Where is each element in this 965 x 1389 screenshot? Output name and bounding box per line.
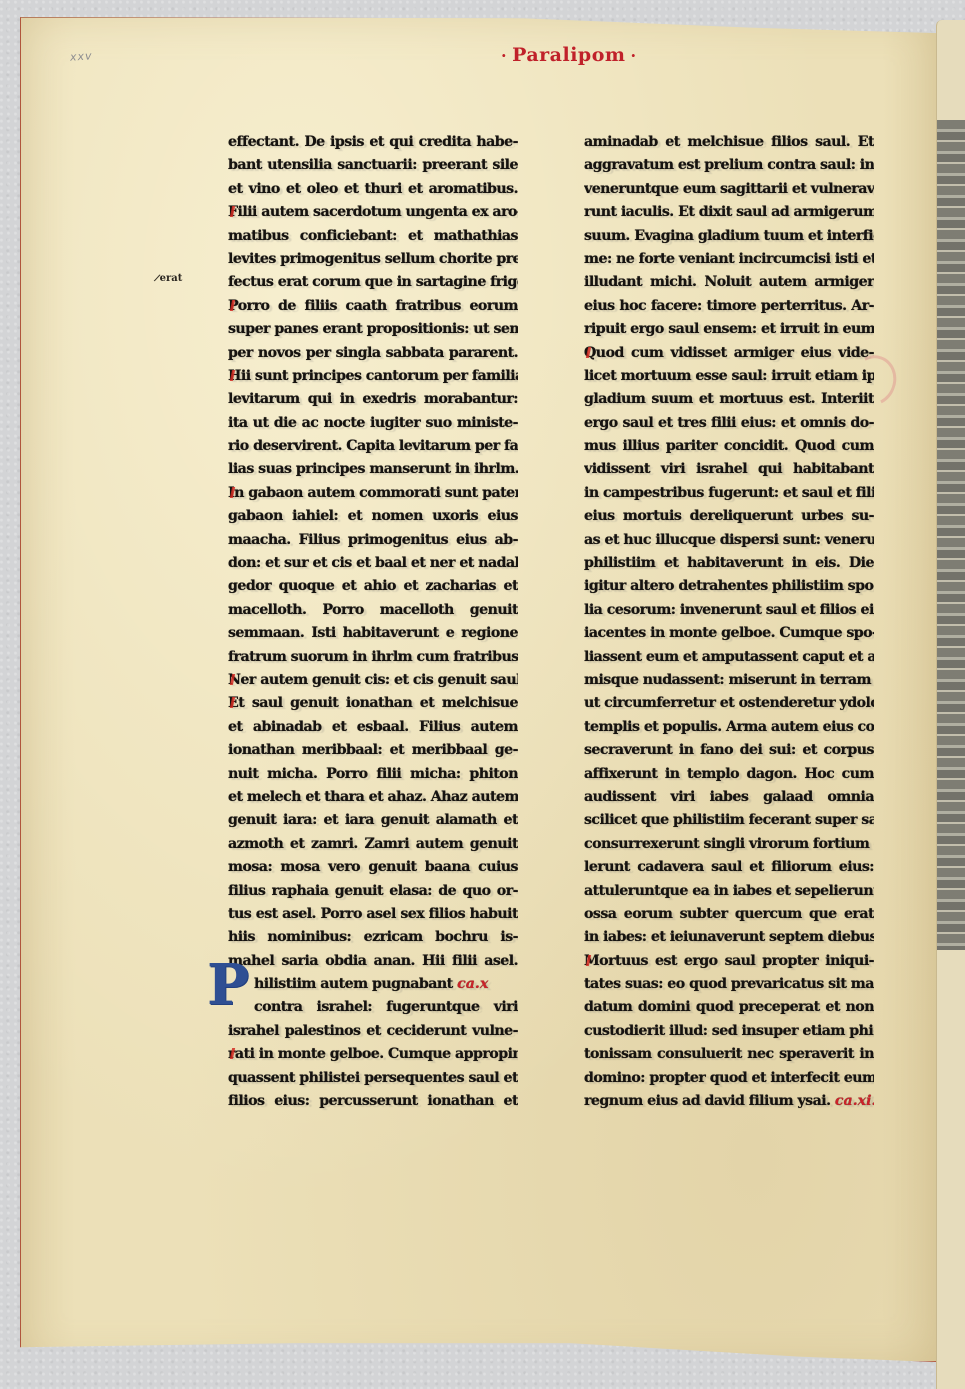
text-line: affixerunt in templo dagon. Hoc cum bbox=[584, 763, 874, 786]
running-head-dot-right: · bbox=[631, 46, 637, 65]
text-line-rubricated: Hii sunt principes cantorum per familias bbox=[228, 365, 518, 388]
text-line: et melech et thara et ahaz. Ahaz autem bbox=[228, 786, 518, 809]
text-line: in iabes: et ieiunaverunt septem diebus. bbox=[584, 926, 874, 949]
text-line: filius raphaia genuit elasa: de quo or- bbox=[228, 880, 518, 903]
last-line-text: regnum eius ad david filium ysai. bbox=[584, 1093, 830, 1109]
running-head-title: Paralipom bbox=[512, 44, 625, 66]
text-line: matibus conficiebant: et mathathias bbox=[228, 225, 518, 248]
text-line: lias suas principes manserunt in ihrlm. bbox=[228, 458, 518, 481]
text-line: illudant michi. Noluit autem armiger bbox=[584, 271, 874, 294]
text-line: mus illius pariter concidit. Quod cum bbox=[584, 435, 874, 458]
text-line: ossa eorum subter quercum que erat bbox=[584, 903, 874, 926]
text-line: tates suas: eo quod prevaricatus sit man… bbox=[584, 973, 874, 996]
adjacent-leaf-edge bbox=[936, 20, 965, 1389]
text-line: as et huc illucque dispersi sunt: veneru… bbox=[584, 529, 874, 552]
text-line: gabaon iahiel: et nomen uxoris eius bbox=[228, 505, 518, 528]
text-line: suum. Evagina gladium tuum et interfice bbox=[584, 225, 874, 248]
text-line: custodierit illud: sed insuper etiam phi… bbox=[584, 1020, 874, 1043]
text-line-rubricated: rati in monte gelboe. Cumque appropin- bbox=[228, 1043, 518, 1066]
text-line: licet mortuum esse saul: irruit etiam ip… bbox=[584, 365, 874, 388]
text-line: quassent philistei persequentes saul et bbox=[228, 1067, 518, 1090]
text-line: datum domini quod preceperat et non bbox=[584, 996, 874, 1019]
text-line: filios eius: percusserunt ionathan et bbox=[228, 1090, 518, 1113]
text-line: veneruntque eum sagittarii et vulnerave- bbox=[584, 178, 874, 201]
text-line: genuit iara: et iara genuit alamath et bbox=[228, 809, 518, 832]
text-line: eius hoc facere: timore perterritus. Ar- bbox=[584, 295, 874, 318]
text-line: tus est asel. Porro asel sex filios habu… bbox=[228, 903, 518, 926]
text-line: audissent viri iabes galaad omnia bbox=[584, 786, 874, 809]
text-line: in campestribus fugerunt: et saul et fil… bbox=[584, 482, 874, 505]
text-line: scilicet que philistiim fecerant super s… bbox=[584, 809, 874, 832]
text-line: israhel palestinos et ceciderunt vulne- bbox=[228, 1020, 518, 1043]
text-line: ionathan meribbaal: et meribbaal ge- bbox=[228, 739, 518, 762]
text-column-left: effectant. De ipsis et qui credita habe-… bbox=[228, 131, 518, 1113]
text-line: secraverunt in fano dei sui: et corpus bbox=[584, 739, 874, 762]
text-line-rubricated: In gabaon autem commorati sunt pater bbox=[228, 482, 518, 505]
text-line: iacentes in monte gelboe. Cumque spo- bbox=[584, 622, 874, 645]
text-line: mosa: mosa vero genuit baana cuius bbox=[228, 856, 518, 879]
adjacent-leaf-text-strip bbox=[937, 120, 965, 950]
text-line: aminadab et melchisue filios saul. Et bbox=[584, 131, 874, 154]
text-line: eius mortuis dereliquerunt urbes su- bbox=[584, 505, 874, 528]
chapter-first-line: hilistiim autem pugnabant ca.x bbox=[228, 973, 518, 996]
text-line: lia cesorum: invenerunt saul et filios e… bbox=[584, 599, 874, 622]
text-line: super panes erant propositionis: ut sem- bbox=[228, 318, 518, 341]
text-line: effectant. De ipsis et qui credita habe- bbox=[228, 131, 518, 154]
text-line: ergo saul et tres filii eius: et omnis d… bbox=[584, 412, 874, 435]
text-line: semmaan. Isti habitaverunt e regione bbox=[228, 622, 518, 645]
text-line: templis et populis. Arma autem eius con- bbox=[584, 716, 874, 739]
text-line: rio deservirent. Capita levitarum per fa… bbox=[228, 435, 518, 458]
text-line: me: ne forte veniant incircumcisi isti e… bbox=[584, 248, 874, 271]
text-line: attuleruntque ea in iabes et sepelierunt bbox=[584, 880, 874, 903]
text-line: ut circumferretur et ostenderetur ydolor… bbox=[584, 692, 874, 715]
text-line: philistiim et habitaverunt in eis. Die bbox=[584, 552, 874, 575]
text-line-rubricated: Ner autem genuit cis: et cis genuit saul… bbox=[228, 669, 518, 692]
text-line: mahel saria obdia anan. Hii filii asel. bbox=[228, 950, 518, 973]
illuminated-initial-p: P bbox=[207, 960, 255, 1010]
text-line: bant utensilia sanctuarii: preerant sile bbox=[228, 154, 518, 177]
text-line: misque nudassent: miserunt in terram sua… bbox=[584, 669, 874, 692]
text-line: runt iaculis. Et dixit saul ad armigerum bbox=[584, 201, 874, 224]
text-line: tonissam consuluerit nec speraverit in bbox=[584, 1043, 874, 1066]
text-line: et vino et oleo et thuri et aromatibus. bbox=[228, 178, 518, 201]
text-line-rubricated: Porro de filiis caath fratribus eorum bbox=[228, 295, 518, 318]
chapter-marker-xi: ca.xi. bbox=[835, 1093, 874, 1109]
marginal-note: /erat bbox=[155, 273, 182, 284]
text-line: per novos per singla sabbata pararent. bbox=[228, 342, 518, 365]
text-line: azmoth et zamri. Zamri autem genuit bbox=[228, 833, 518, 856]
text-line: ripuit ergo saul ensem: et irruit in eum… bbox=[584, 318, 874, 341]
text-line-rubricated: Quod cum vidisset armiger eius vide- bbox=[584, 342, 874, 365]
text-line: aggravatum est prelium contra saul: in- bbox=[584, 154, 874, 177]
text-line: fratrum suorum in ihrlm cum fratribus su… bbox=[228, 646, 518, 669]
folio-number: xxv bbox=[70, 49, 93, 64]
chapter-marker-x: ca.x bbox=[457, 976, 488, 992]
text-line-rubricated: Mortuus est ergo saul propter iniqui- bbox=[584, 950, 874, 973]
text-line: hiis nominibus: ezricam bochru is- bbox=[228, 926, 518, 949]
text-line: fectus erat corum que in sartagine frige… bbox=[228, 271, 518, 294]
text-line: macelloth. Porro macelloth genuit bbox=[228, 599, 518, 622]
text-line: domino: propter quod et interfecit eum: … bbox=[584, 1067, 874, 1090]
text-line: igitur altero detrahentes philistiim spo… bbox=[584, 575, 874, 598]
text-line: don: et sur et cis et baal et ner et nad… bbox=[228, 552, 518, 575]
running-head-dot-left: · bbox=[501, 46, 507, 65]
text-line: lerunt cadavera saul et filiorum eius: bbox=[584, 856, 874, 879]
text-line: levites primogenitus sellum chorite pre- bbox=[228, 248, 518, 271]
text-line: levitarum qui in exedris morabantur: bbox=[228, 388, 518, 411]
text-line: contra israhel: fugeruntque viri bbox=[228, 996, 518, 1019]
marginal-note-text: erat bbox=[160, 273, 183, 284]
text-line: ita ut die ac nocte iugiter suo ministe- bbox=[228, 412, 518, 435]
text-line: et abinadab et esbaal. Filius autem bbox=[228, 716, 518, 739]
text-column-right: aminadab et melchisue filios saul. Et ag… bbox=[584, 131, 874, 1113]
text-line: liassent eum et amputassent caput et ar- bbox=[584, 646, 874, 669]
text-line: gedor quoque et ahio et zacharias et bbox=[228, 575, 518, 598]
text-line: consurrexerunt singli virorum fortium et… bbox=[584, 833, 874, 856]
chapter-first-line-text: hilistiim autem pugnabant bbox=[254, 976, 453, 992]
text-line: vidissent viri israhel qui habitabant bbox=[584, 458, 874, 481]
text-line-rubricated: Filii autem sacerdotum ungenta ex aro- bbox=[228, 201, 518, 224]
text-line: gladium suum et mortuus est. Interiit bbox=[584, 388, 874, 411]
text-line-rubricated: Et saul genuit ionathan et melchisue bbox=[228, 692, 518, 715]
text-line: nuit micha. Porro filii micha: phiton bbox=[228, 763, 518, 786]
running-head: ·Paralipom· bbox=[496, 44, 642, 66]
last-line: regnum eius ad david filium ysai. ca.xi. bbox=[584, 1090, 874, 1113]
text-line: maacha. Filius primogenitus eius ab- bbox=[228, 529, 518, 552]
